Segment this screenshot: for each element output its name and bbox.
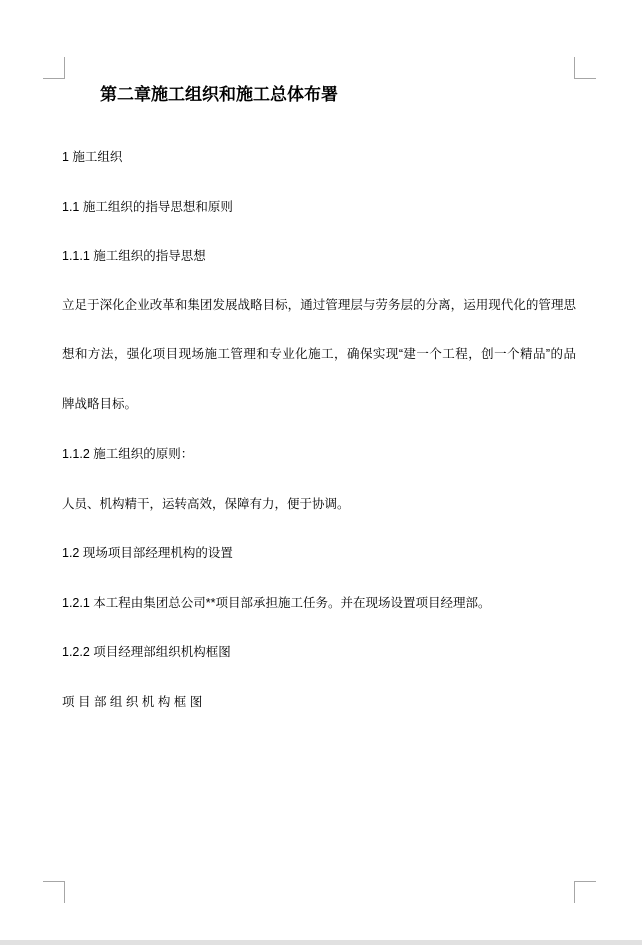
chapter-title: 第二章施工组织和施工总体布署 <box>100 85 338 105</box>
paragraph-line-1: 立足于深化企业改革和集团发展战略目标，通过管理层与劳务层的分离，运用现代化的管理… <box>62 297 576 314</box>
window-bottom-edge <box>0 940 642 945</box>
heading-1-1-2: 1.1.2 施工组织的原则： <box>62 446 576 462</box>
heading-1-2-2: 1.2.2 项目经理部组织机构框图 <box>62 644 576 660</box>
heading-1-1-1: 1.1.1 施工组织的指导思想 <box>62 248 576 264</box>
heading-1: 1 施工组织 <box>62 149 576 165</box>
crop-mark-top-right <box>574 57 596 79</box>
paragraph-line-3: 牌战略目标。 <box>62 396 576 412</box>
paragraph-line-2: 想和方法，强化项目现场施工管理和专业化施工，确保实现“建一个工程，创一个精品”的… <box>62 346 576 363</box>
heading-1-1: 1.1 施工组织的指导思想和原则 <box>62 199 576 215</box>
crop-mark-bottom-left <box>43 881 65 903</box>
org-chart-caption: 项 目 部 组 织 机 构 框 图 <box>62 694 576 710</box>
crop-mark-bottom-right <box>574 881 596 903</box>
document-page: 第二章施工组织和施工总体布署 1 施工组织 1.1 施工组织的指导思想和原则 1… <box>0 0 642 945</box>
heading-1-2-1: 1.2.1 本工程由集团总公司**项目部承担施工任务。并在现场设置项目经理部。 <box>62 595 576 611</box>
heading-1-2: 1.2 现场项目部经理机构的设置 <box>62 545 576 561</box>
crop-mark-top-left <box>43 57 65 79</box>
principles-text: 人员、机构精干，运转高效，保障有力，便于协调。 <box>62 496 576 512</box>
